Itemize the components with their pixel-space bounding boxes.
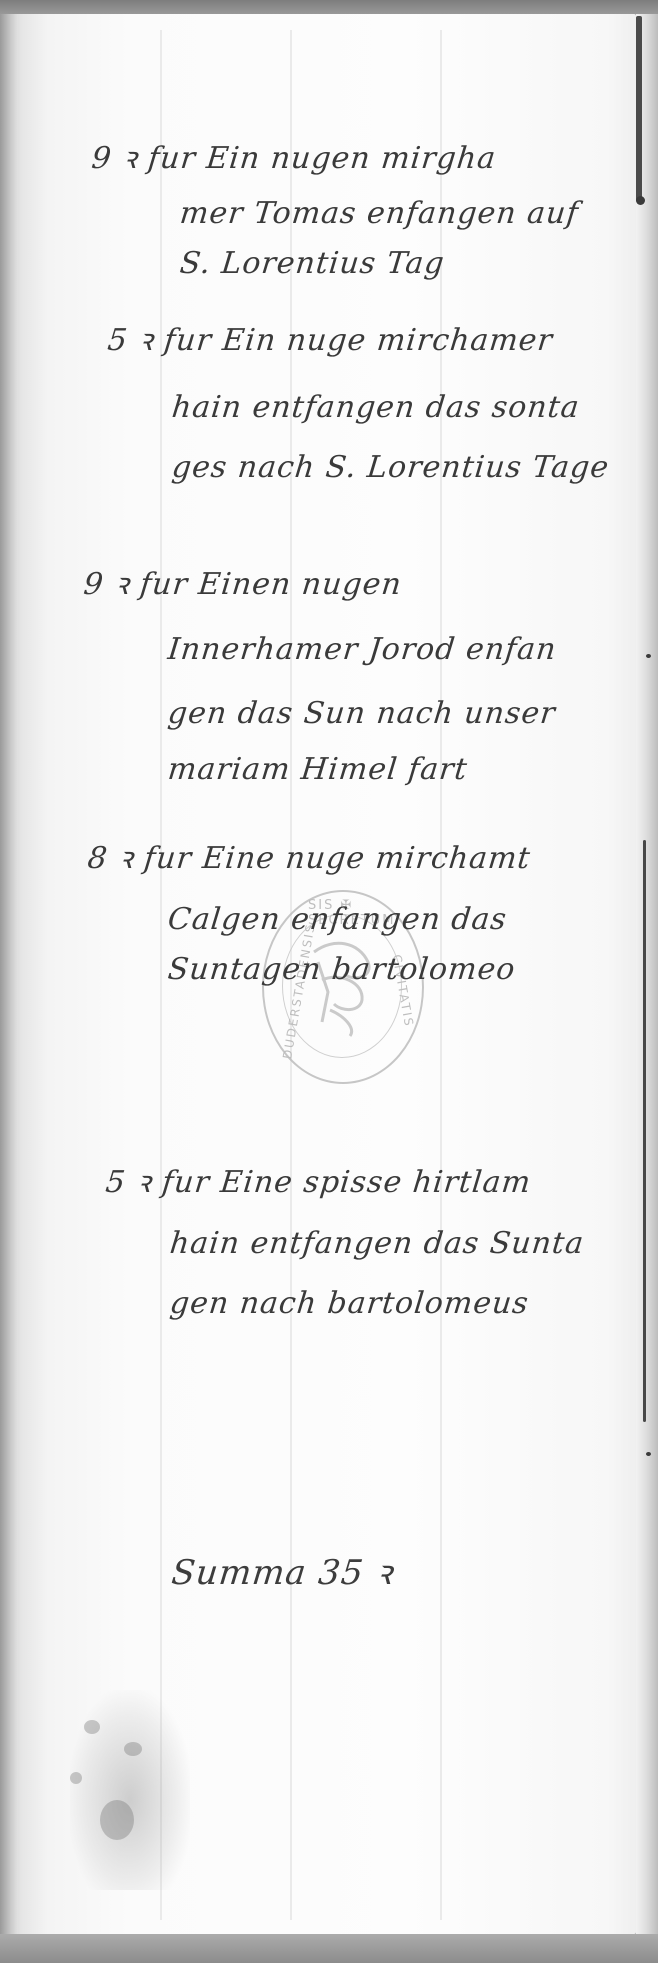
entry-line: Calgen enfangen das [166,902,509,937]
entry-line: Innerhamer Jorod enfan [166,632,558,667]
entry-line: ges nach S. Lorentius Tage [170,450,611,485]
ink-blot [636,196,645,205]
entry-line: Suntagen bartolomeo [166,952,517,987]
entry-line: gen das Sun nach unser [166,696,557,731]
stain-spot [100,1800,134,1840]
stain-spot [124,1742,142,1756]
paper-crease [160,30,162,1920]
leaf-right-edge [636,14,658,1934]
ink-blot [646,1452,651,1456]
entry-line: 5 ꝛ fur Eine spisse hirtlam [104,1160,534,1201]
entry-line: 9 ꝛ fur Einen nugen [82,562,404,603]
entry-line: hain entfangen das sonta [170,390,581,425]
entry-line: mer Tomas enfangen auf [178,196,580,231]
entry-line: mariam Himel fart [166,752,469,787]
entry-line: 5 ꝛ fur Ein nuge mirchamer [106,318,555,359]
entry-line: hain entfangen das Sunta [168,1226,586,1261]
margin-rule-top [636,16,642,202]
entry-line: 8 ꝛ fur Eine nuge mirchamt [86,836,533,877]
entry-line: gen nach bartolomeus [168,1286,530,1321]
entry-line: S. Lorentius Tag [178,246,446,281]
account-total: Summa 35 ꝛ [170,1548,396,1594]
entry-line: 9 ꝛ fur Ein nugen mirgha [90,136,499,177]
ink-blot [646,654,651,658]
stain-spot [70,1772,82,1784]
margin-rule-middle [643,840,646,1422]
stain-spot [84,1720,100,1734]
scan-border-bottom [0,1930,658,1963]
leaf-left-edge [0,14,18,1934]
